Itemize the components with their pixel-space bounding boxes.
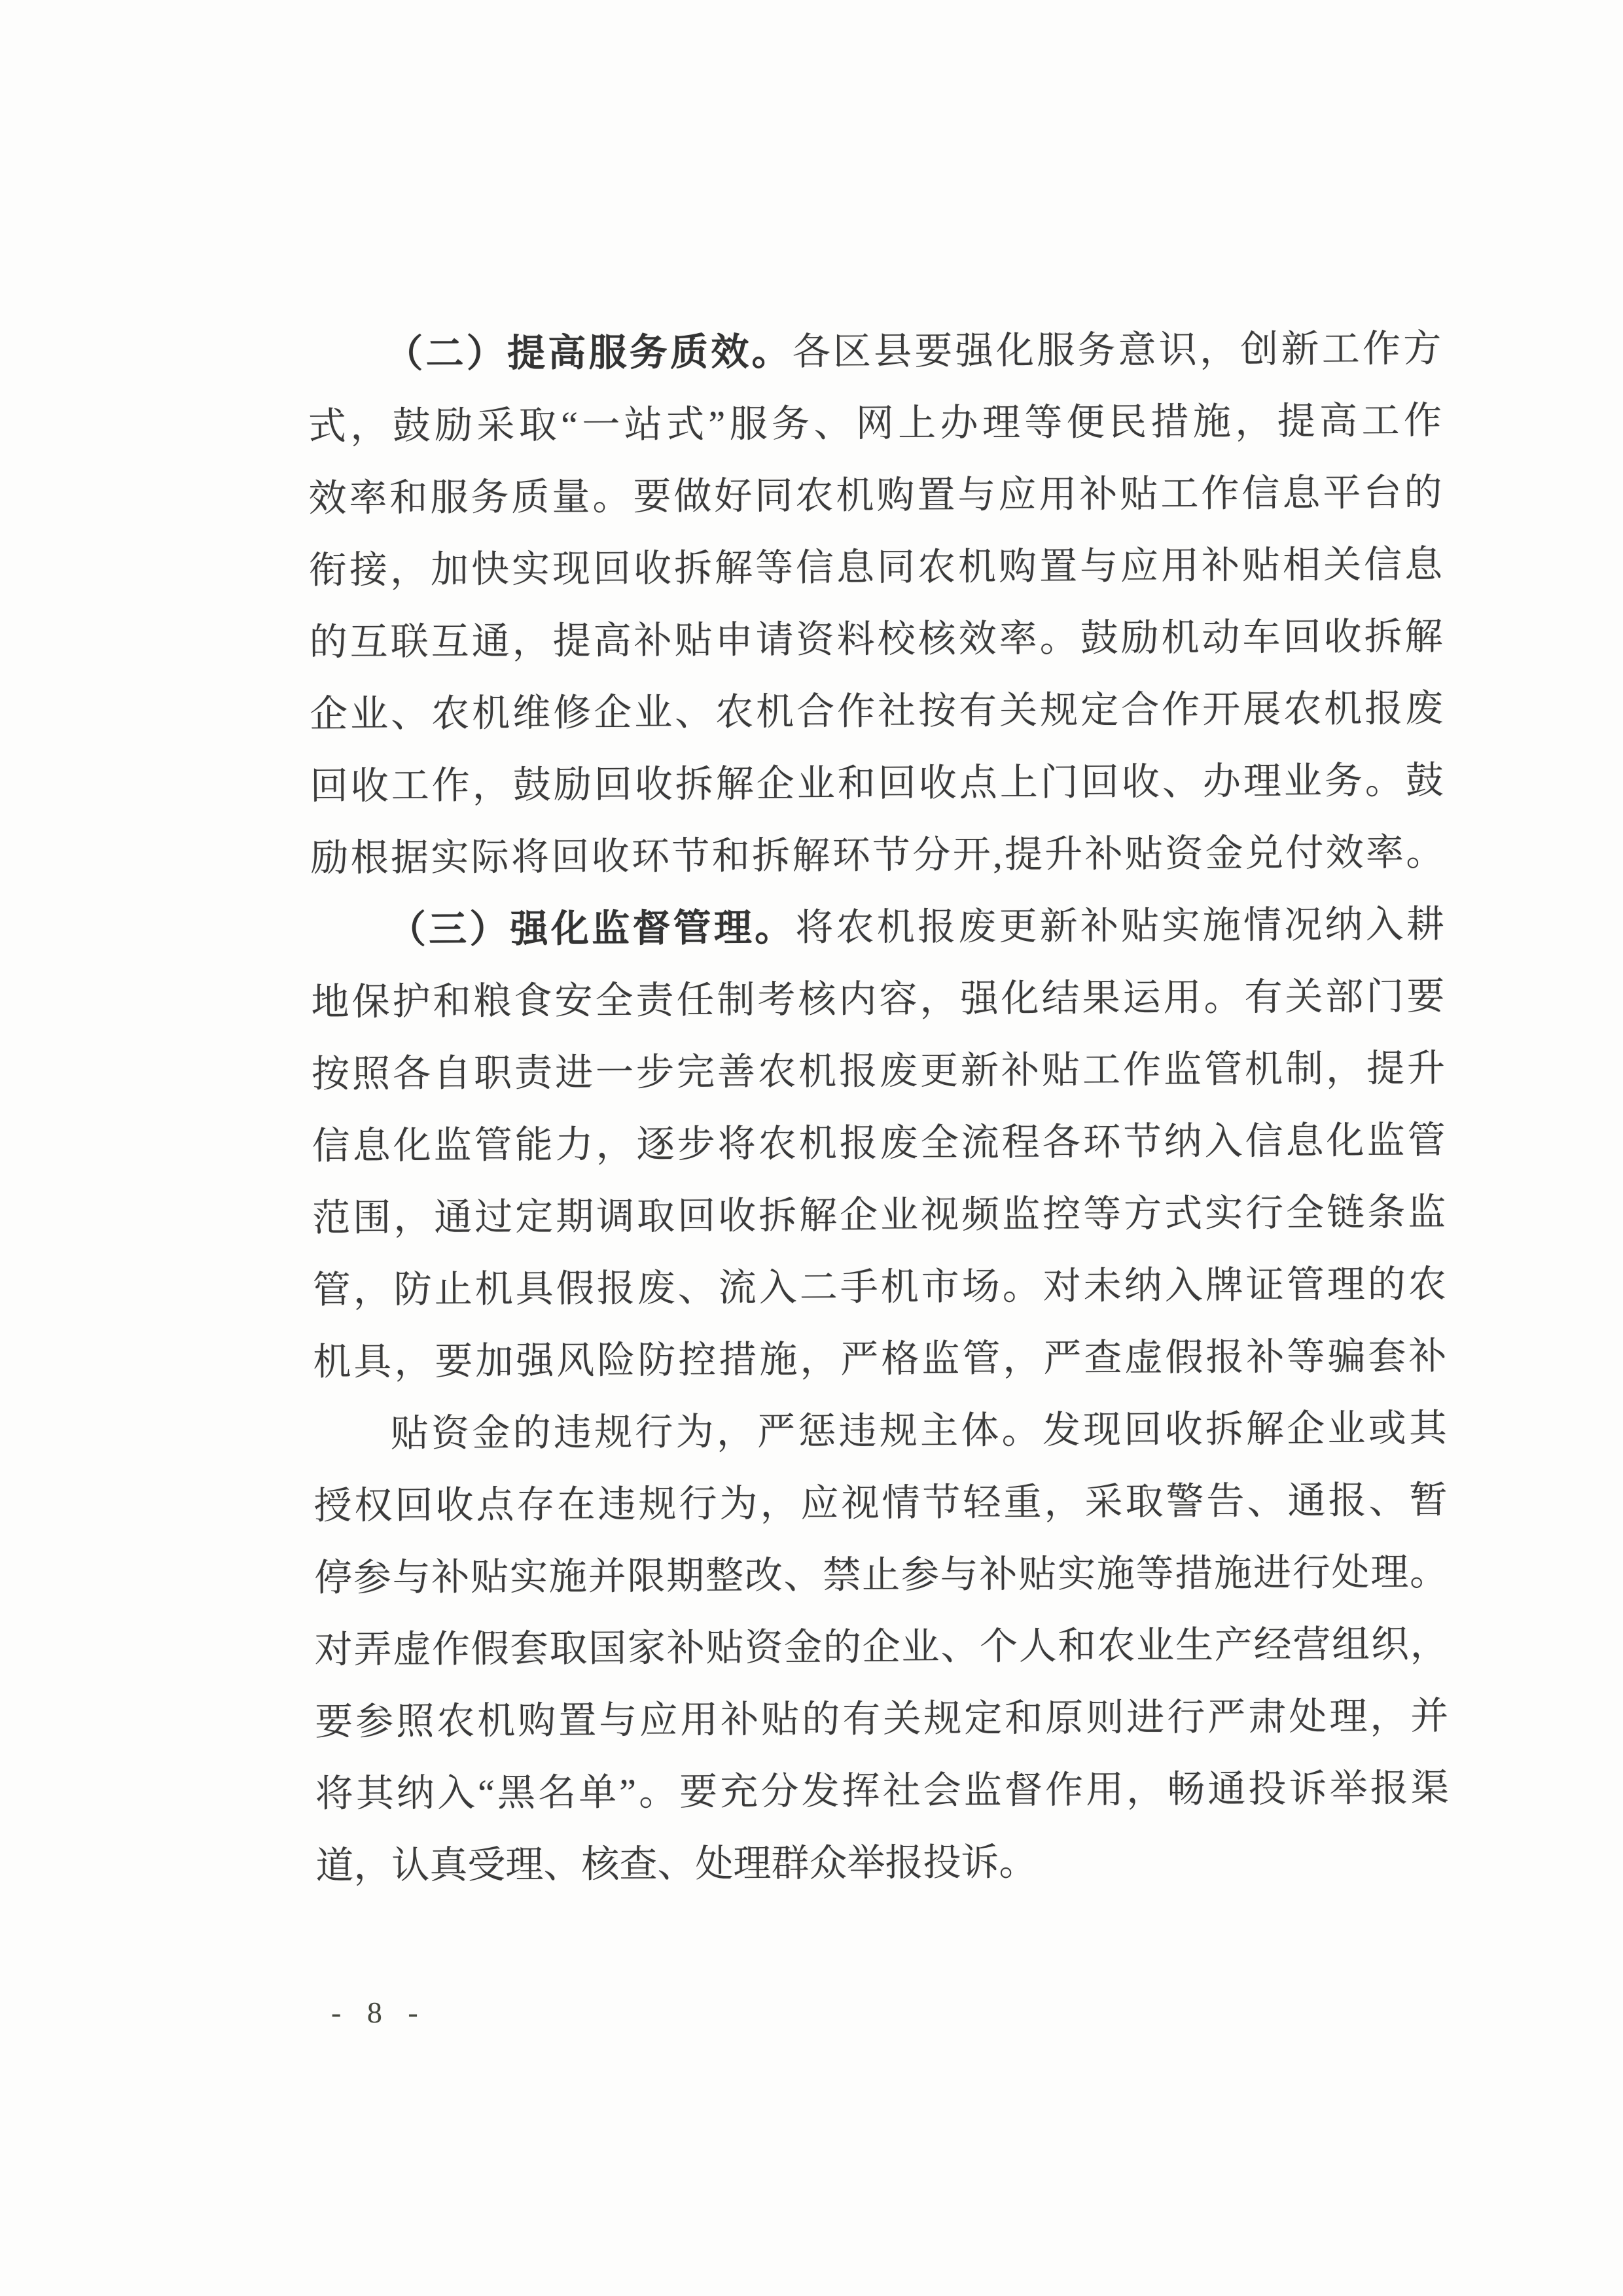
text-line: 机具，要加强风险防控措施，严格监管，严查虚假报补等骗套补 — [313, 1320, 1447, 1398]
text-line: （二）提高服务质效。各区县要强化服务意识，创新工作方 — [308, 313, 1442, 391]
body-text: 式，鼓励采取“一站式”服务、网上办理等便民措施，提高工作 — [308, 399, 1442, 448]
body-text: 授权回收点存在违规行为，应视情节轻重，采取警告、通报、暂 — [313, 1479, 1447, 1527]
body-text: 衔接，加快实现回收拆解等信息同农机购置与应用补贴相关信息 — [309, 543, 1442, 592]
text-line: 对弄虚作假套取国家补贴资金的企业、个人和农业生产经营组织， — [314, 1608, 1448, 1686]
body-text: 效率和服务质量。要做好同农机购置与应用补贴工作信息平台的 — [308, 471, 1442, 520]
body-text: 的互联互通，提高补贴申请资料校核效率。鼓励机动车回收拆解 — [309, 615, 1442, 663]
text-line: 要参照农机购置与应用补贴的有关规定和原则进行严肃处理，并 — [315, 1680, 1449, 1758]
text-line: 管，防止机具假报废、流入二手机市场。对未纳入牌证管理的农 — [313, 1248, 1447, 1326]
text-line: 效率和服务质量。要做好同农机购置与应用补贴工作信息平台的 — [308, 457, 1442, 535]
body-text: 励根据实际将回收环节和拆解环节分开,提升补贴资金兑付效率。 — [310, 831, 1444, 879]
body-text: 地保护和粮食安全责任制考核内容，强化结果运用。有关部门要 — [311, 975, 1444, 1023]
document-body: （二）提高服务质效。各区县要强化服务意识，创新工作方式，鼓励采取“一站式”服务、… — [308, 313, 1450, 1902]
body-text: 要参照农机购置与应用补贴的有关规定和原则进行严肃处理，并 — [315, 1695, 1448, 1743]
body-text: 信息化监管能力，逐步将农机报废全流程各环节纳入信息化监管 — [312, 1119, 1445, 1167]
text-line: 按照各自职责进一步完善农机报废更新补贴工作监管机制，提升 — [312, 1033, 1446, 1110]
body-text: 按照各自职责进一步完善农机报废更新补贴工作监管机制，提升 — [312, 1047, 1445, 1095]
document-page: （二）提高服务质效。各区县要强化服务意识，创新工作方式，鼓励采取“一站式”服务、… — [0, 0, 1623, 2296]
text-line: 企业、农机维修企业、农机合作社按有关规定合作开展农机报废 — [310, 673, 1444, 751]
text-line: 的互联互通，提高补贴申请资料校核效率。鼓励机动车回收拆解 — [309, 601, 1443, 679]
text-line: 停参与补贴实施并限期整改、禁止参与补贴实施等措施进行处理。 — [314, 1536, 1448, 1614]
body-text: 停参与补贴实施并限期整改、禁止参与补贴实施等措施进行处理。 — [314, 1551, 1448, 1599]
body-text: 将其纳入“黑名单”。要充分发挥社会监督作用，畅通投诉举报渠 — [315, 1767, 1449, 1815]
body-text: 管，防止机具假报废、流入二手机市场。对未纳入牌证管理的农 — [313, 1263, 1446, 1311]
text-line: 贴资金的违规行为，严惩违规主体。发现回收拆解企业或其 — [313, 1392, 1448, 1470]
text-line: 式，鼓励采取“一站式”服务、网上办理等便民措施，提高工作 — [308, 385, 1442, 463]
body-text: 范围，通过定期调取回收拆解企业视频监控等方式实行全链条监 — [312, 1191, 1446, 1239]
body-text: 道，认真受理、核查、处理群众举报投诉。 — [315, 1841, 1037, 1887]
text-line: 道，认真受理、核查、处理群众举报投诉。 — [315, 1824, 1450, 1902]
body-text: 企业、农机维修企业、农机合作社按有关规定合作开展农机报废 — [310, 687, 1443, 735]
text-line: 信息化监管能力，逐步将农机报废全流程各环节纳入信息化监管 — [312, 1104, 1446, 1182]
section-heading-text: （二）提高服务质效。 — [385, 330, 793, 375]
body-text: 对弄虚作假套取国家补贴资金的企业、个人和农业生产经营组织， — [315, 1623, 1448, 1671]
page-number: - 8 - — [331, 1993, 427, 2032]
text-line: 授权回收点存在违规行为，应视情节轻重，采取警告、通报、暂 — [313, 1464, 1448, 1542]
body-text: 各区县要强化服务意识，创新工作方 — [793, 327, 1442, 373]
section-heading-text: （三）强化监督管理。 — [388, 906, 796, 951]
text-line: 将其纳入“黑名单”。要充分发挥社会监督作用，畅通投诉举报渠 — [315, 1752, 1450, 1830]
text-line: 回收工作，鼓励回收拆解企业和回收点上门回收、办理业务。鼓 — [310, 745, 1444, 822]
text-line: 励根据实际将回收环节和拆解环节分开,提升补贴资金兑付效率。 — [310, 817, 1444, 894]
body-text: 回收工作，鼓励回收拆解企业和回收点上门回收、办理业务。鼓 — [310, 759, 1444, 807]
text-line: （三）强化监督管理。将农机报废更新补贴实施情况纳入耕 — [311, 889, 1445, 966]
body-text: 机具，要加强风险防控措施，严格监管，严查虚假报补等骗套补 — [313, 1335, 1446, 1383]
text-line: 范围，通过定期调取回收拆解企业视频监控等方式实行全链条监 — [312, 1176, 1446, 1254]
text-line: 地保护和粮食安全责任制考核内容，强化结果运用。有关部门要 — [311, 961, 1445, 1038]
body-text: 贴资金的违规行为，严惩违规主体。发现回收拆解企业或其 — [391, 1407, 1447, 1455]
text-line: 衔接，加快实现回收拆解等信息同农机购置与应用补贴相关信息 — [309, 529, 1443, 607]
body-text: 将农机报废更新补贴实施情况纳入耕 — [795, 903, 1444, 949]
